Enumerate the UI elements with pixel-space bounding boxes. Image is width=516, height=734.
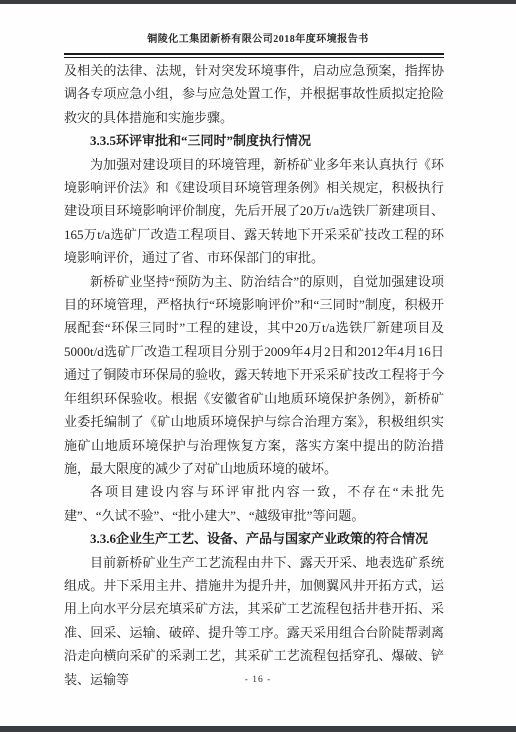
paragraph: 目前新桥矿业生产工艺流程由井下、露天开采、地表选矿系统组成。井下采用主井、措施井…: [64, 551, 444, 691]
scanned-document-page: 铜陵化工集团新桥有限公司2018年度环境报告书 及相关的法律、法规，针对突发环境…: [0, 0, 516, 734]
page-number: - 16 -: [245, 675, 272, 685]
paragraph: 各项目建设内容与环评审批内容一致，不存在“未批先建”、“久试不验”、“批小建大”…: [64, 480, 444, 527]
section-heading: 3.3.6企业生产工艺、设备、产品与国家产业政策的符合情况: [64, 527, 444, 550]
header-double-rule: [64, 53, 444, 58]
scan-edge-bottom: [0, 726, 516, 732]
paragraph: 为加强对建设项目的环境管理，新桥矿业多年来认真执行《环境影响评价法》和《建设项目…: [64, 153, 444, 270]
page-footer: - 16 -: [0, 675, 516, 685]
running-header-title: 铜陵化工集团新桥有限公司2018年度环境报告书: [0, 30, 516, 45]
paragraph: 新桥矿业坚持“预防为主、防治结合”的原则，自觉加强建设项目的环境管理，严格执行“…: [64, 270, 444, 481]
scan-edge-top: [0, 0, 516, 4]
document-body: 及相关的法律、法规，针对突发环境事件，启动应急预案，指挥协调各专项应急小组，参与…: [64, 59, 444, 691]
paragraph: 及相关的法律、法规，针对突发环境事件，启动应急预案，指挥协调各专项应急小组，参与…: [64, 59, 444, 129]
section-heading: 3.3.5环评审批和“三同时”制度执行情况: [64, 129, 444, 152]
